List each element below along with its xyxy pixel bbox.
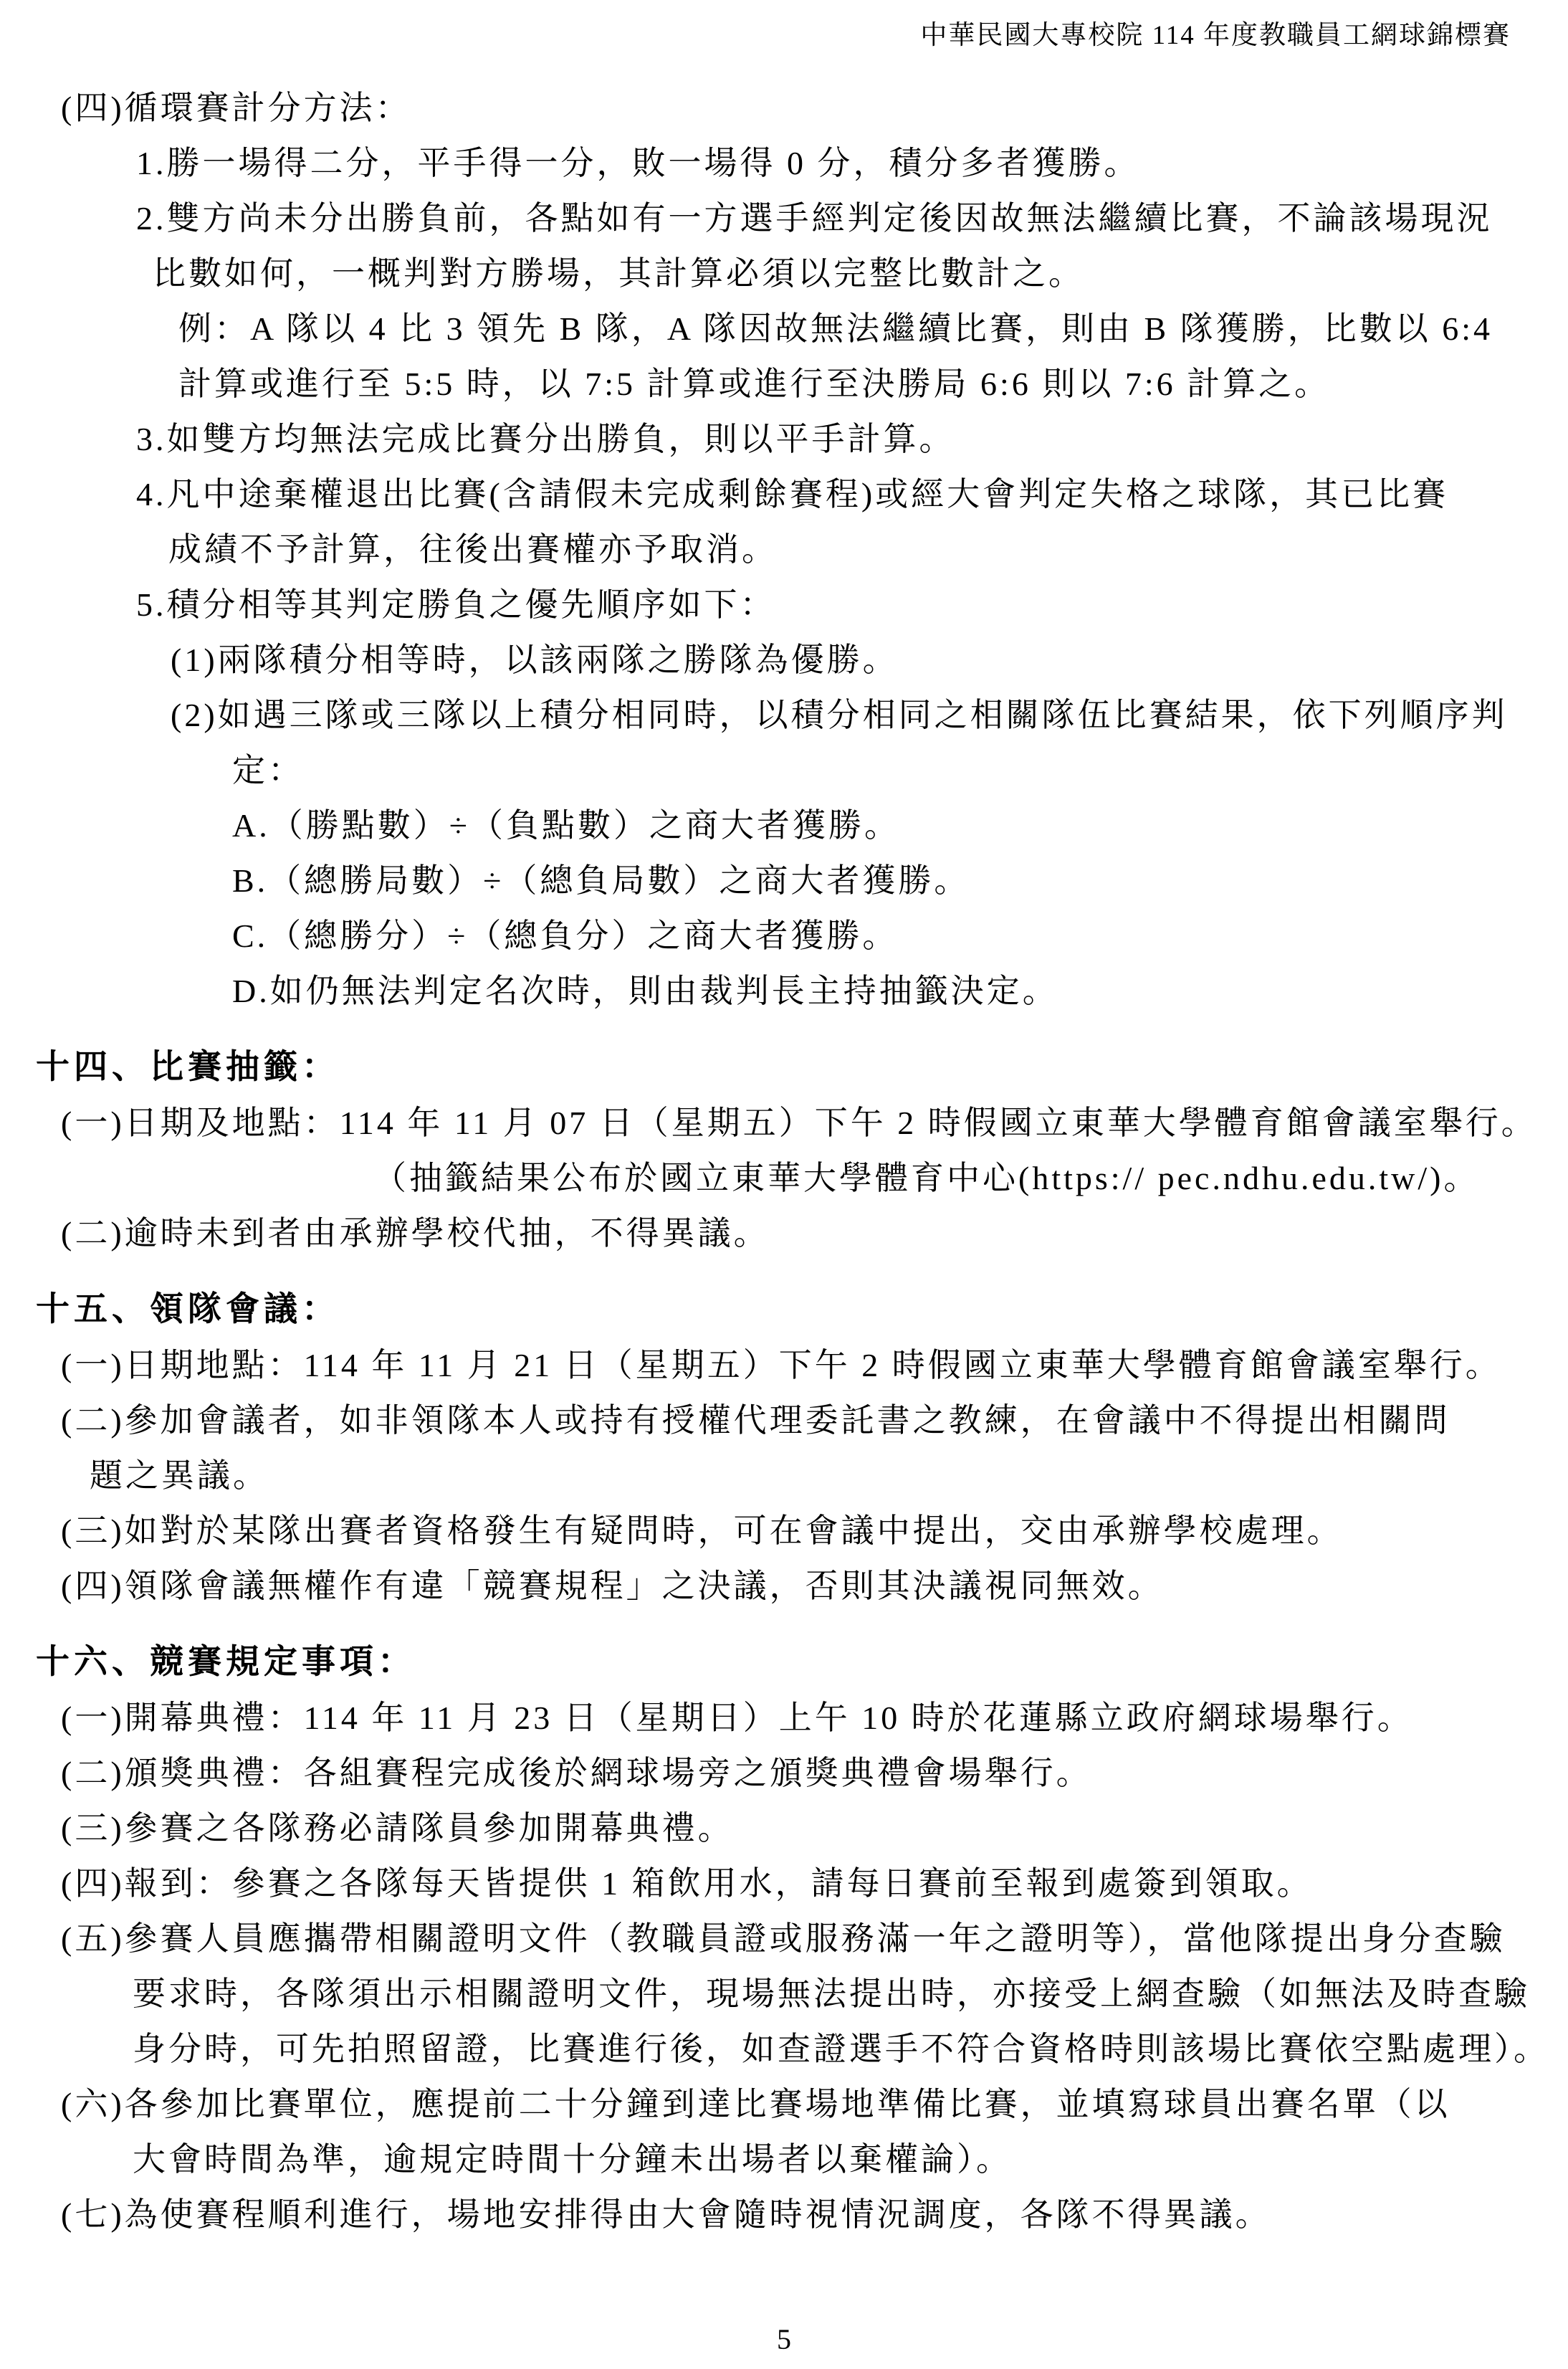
text-line: 大會時間為準，逾規定時間十分鐘未出場者以棄權論）。 (133, 2132, 1568, 2187)
text-line: 5.積分相等其判定勝負之優先順序如下： (136, 577, 1568, 632)
text-line: (一)日期地點：114 年 11 月 21 日（星期五）下午 2 時假國立東華大… (61, 1338, 1568, 1393)
text-line: 要求時，各隊須出示相關證明文件，現場無法提出時，亦接受上網查驗（如無法及時查驗 (133, 1966, 1568, 2021)
text-line: (一)日期及地點：114 年 11 月 07 日（星期五）下午 2 時假國立東華… (61, 1095, 1568, 1150)
text-line: 例：A 隊以 4 比 3 領先 B 隊，A 隊因故無法繼續比賽，則由 B 隊獲勝… (178, 301, 1568, 356)
text-line: (二)頒獎典禮：各組賽程完成後於網球場旁之頒獎典禮會場舉行。 (61, 1745, 1568, 1801)
text-line: (七)為使賽程順利進行，場地安排得由大會隨時視情況調度，各隊不得異議。 (61, 2187, 1568, 2242)
text-line: 1.勝一場得二分，平手得一分，敗一場得 0 分，積分多者獲勝。 (136, 135, 1568, 191)
text-line: 2.雙方尚未分出勝負前，各點如有一方選手經判定後因故無法繼續比賽，不論該場現況 (136, 191, 1568, 246)
text-line: 成績不予計算，往後出賽權亦予取消。 (168, 522, 1568, 577)
text-line: (一)開幕典禮：114 年 11 月 23 日（星期日）上午 10 時於花蓮縣立… (61, 1690, 1568, 1745)
text-line: （抽籤結果公布於國立東華大學體育中心(https:// pec.ndhu.edu… (373, 1150, 1568, 1206)
text-line: (三)如對於某隊出賽者資格發生有疑問時，可在會議中提出，交由承辦學校處理。 (61, 1503, 1568, 1558)
text-line: (四)報到：參賽之各隊每天皆提供 1 箱飲用水，請每日賽前至報到處簽到領取。 (61, 1856, 1568, 1911)
text-line: (1)兩隊積分相等時，以該兩隊之勝隊為優勝。 (171, 632, 1568, 687)
text-line: (五)參賽人員應攜帶相關證明文件（教職員證或服務滿一年之證明等），當他隊提出身分… (61, 1911, 1568, 1966)
text-line: 定： (232, 743, 1568, 798)
text-line: C.（總勝分）÷（總負分）之商大者獲勝。 (232, 908, 1568, 963)
text-line: (二)參加會議者，如非領隊本人或持有授權代理委託書之教練，在會議中不得提出相關問 (61, 1393, 1568, 1448)
text-line: A.（勝點數）÷（負點數）之商大者獲勝。 (232, 798, 1568, 853)
text-line: 3.如雙方均無法完成比賽分出勝負，則以平手計算。 (136, 411, 1568, 467)
text-line: 4.凡中途棄權退出比賽(含請假未完成剩餘賽程)或經大會判定失格之球隊，其已比賽 (136, 467, 1568, 522)
section-heading: 十六、競賽規定事項： (36, 1635, 1568, 1690)
text-line: (六)各參加比賽單位，應提前二十分鐘到達比賽場地準備比賽，並填寫球員出賽名單（以 (61, 2077, 1568, 2132)
text-line: (二)逾時未到者由承辦學校代抽，不得異議。 (61, 1206, 1568, 1261)
text-line: (三)參賽之各隊務必請隊員參加開幕典禮。 (61, 1801, 1568, 1856)
text-line: B.（總勝局數）÷（總負局數）之商大者獲勝。 (232, 853, 1568, 908)
document-body: (四)循環賽計分方法：1.勝一場得二分，平手得一分，敗一場得 0 分，積分多者獲… (0, 80, 1568, 2242)
section-heading: 十五、領隊會議： (36, 1282, 1568, 1338)
text-line: 身分時，可先拍照留證，比賽進行後，如查證選手不符合資格時則該場比賽依空點處理）。 (133, 2021, 1568, 2077)
text-line: (四)循環賽計分方法： (61, 80, 1568, 135)
text-line: 計算或進行至 5:5 時，以 7:5 計算或進行至決勝局 6:6 則以 7:6 … (178, 356, 1568, 411)
text-line: (2)如遇三隊或三隊以上積分相同時，以積分相同之相關隊伍比賽結果，依下列順序判 (171, 687, 1568, 743)
document-header: 中華民國大專校院 114 年度教職員工網球錦標賽 (920, 13, 1511, 52)
text-line: D.如仍無法判定名次時，則由裁判長主持抽籤決定。 (232, 963, 1568, 1019)
document-page: 中華民國大專校院 114 年度教職員工網球錦標賽 (四)循環賽計分方法：1.勝一… (0, 0, 1568, 2369)
page-number: 5 (0, 2322, 1568, 2356)
text-line: 比數如何，一概判對方勝場，其計算必須以完整比數計之。 (153, 246, 1568, 301)
text-line: 題之異議。 (90, 1448, 1568, 1503)
section-heading: 十四、比賽抽籤： (36, 1040, 1568, 1095)
text-line: (四)領隊會議無權作有違「競賽規程」之決議，否則其決議視同無效。 (61, 1558, 1568, 1614)
